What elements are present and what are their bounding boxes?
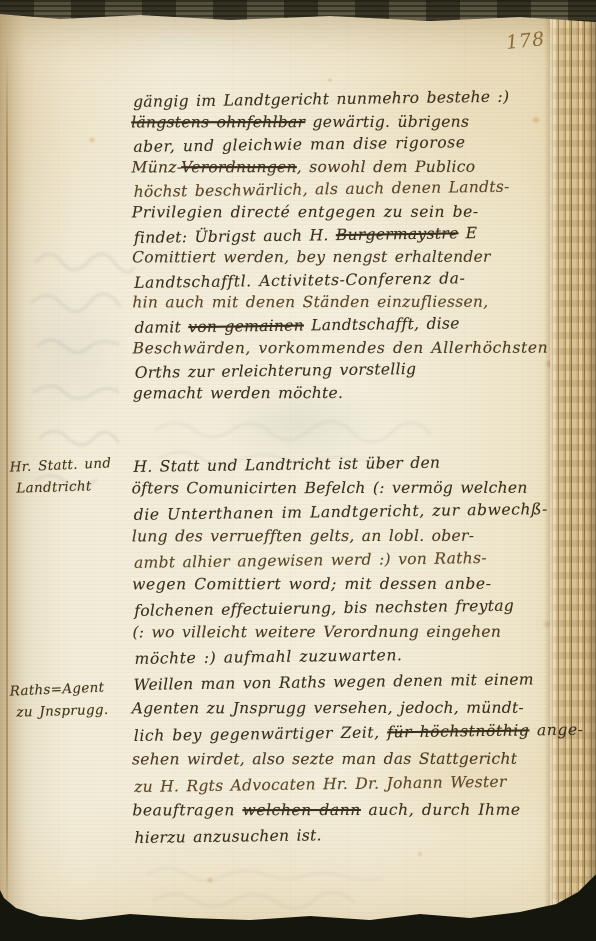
- manuscript-line: gängig im Landtgericht nunmehro bestehe …: [133, 85, 553, 113]
- manuscript-line: lung des verruefften gelts, an lobl. obe…: [132, 524, 552, 549]
- manuscript-line: öfters Comunicirten Befelch (: vermög we…: [132, 476, 552, 501]
- manuscript-line: zu H. Rgts Advocaten Hr. Dr. Johann West…: [134, 769, 560, 800]
- manuscript-line: gemacht werden möchte.: [133, 381, 553, 404]
- paragraph-3: Weillen man von Raths wegen denen mit ei…: [131, 669, 558, 850]
- manuscript-line: lich bey gegenwärtiger Zeit, für höchstn…: [134, 718, 560, 749]
- manuscript-line: beauftragen welchen dann auch, durch Ihm…: [132, 797, 558, 823]
- manuscript-line: möchte :) aufmahl zuzuwarten.: [134, 641, 554, 671]
- manuscript-line: Privilegien directé entgegen zu sein be-: [132, 201, 552, 224]
- manuscript-line: (: wo villeicht weitere Verordnung einge…: [132, 620, 552, 645]
- manuscript-line: sehen wirdet, also sezte man das Stattge…: [132, 746, 558, 772]
- manuscript-line: höchst beschwärlich, als auch denen Land…: [134, 175, 554, 203]
- manuscript-line: die Unterthanen im Landtgericht, zur abw…: [134, 497, 554, 527]
- struck-through-text: welchen dann: [242, 800, 361, 818]
- manuscript-line: Comittiert werden, bey nengst erhaltende…: [132, 246, 552, 269]
- manuscript-line: wegen Comittiert word; mit dessen anbe-: [132, 572, 552, 597]
- manuscript-line: Landtricht: [16, 474, 135, 500]
- manuscript-line: Orths zur erleichterung vorstellig: [135, 356, 555, 384]
- struck-through-text: Verordnungen: [181, 158, 297, 176]
- manuscript-line: Weillen man von Raths wegen denen mit ei…: [133, 667, 559, 698]
- manuscript-line: Agenten zu Jnsprugg versehen, jedoch, mü…: [132, 695, 558, 721]
- margin-note-statt-und-landtricht: Hr. Statt. undLandtricht: [7, 452, 134, 500]
- bleed-through-ghost-text: [140, 858, 440, 914]
- struck-through-text: längstens ohnfehlbar: [131, 113, 305, 131]
- paragraph-1: gängig im Landtgericht nunmehro bestehe …: [131, 87, 553, 406]
- manuscript-line: zu Jnsprugg.: [16, 698, 135, 724]
- manuscript-line: hierzu anzusuchen ist.: [134, 820, 560, 851]
- manuscript-line: ambt alhier angewisen werd :) von Raths-: [134, 545, 554, 575]
- paragraph-2: H. Statt und Landtricht ist über denöfte…: [131, 451, 552, 670]
- margin-note-raths-agent: Raths=Agentzu Jnsprugg.: [7, 676, 134, 724]
- manuscript-line: folchenen effectuierung, bis nechsten fr…: [134, 593, 554, 623]
- struck-through-text: Burgermaystre: [336, 224, 459, 244]
- page-number: 178: [505, 28, 546, 54]
- manuscript-page: 178 gängig im Landtgericht nunmehro best…: [0, 12, 596, 941]
- struck-through-text: von gemainen: [188, 316, 304, 336]
- manuscript-scan: 178 gängig im Landtgericht nunmehro best…: [0, 0, 596, 941]
- struck-through-text: für höchstnöthig: [387, 721, 529, 741]
- manuscript-line: damit von gemainen Landtschafft, dise: [134, 311, 554, 339]
- manuscript-line: hin auch mit denen Ständen einzufliessen…: [132, 291, 552, 314]
- manuscript-line: aber, und gleichwie man dise rigorose: [133, 130, 553, 158]
- manuscript-line: H. Statt und Landtricht ist über den: [133, 449, 553, 479]
